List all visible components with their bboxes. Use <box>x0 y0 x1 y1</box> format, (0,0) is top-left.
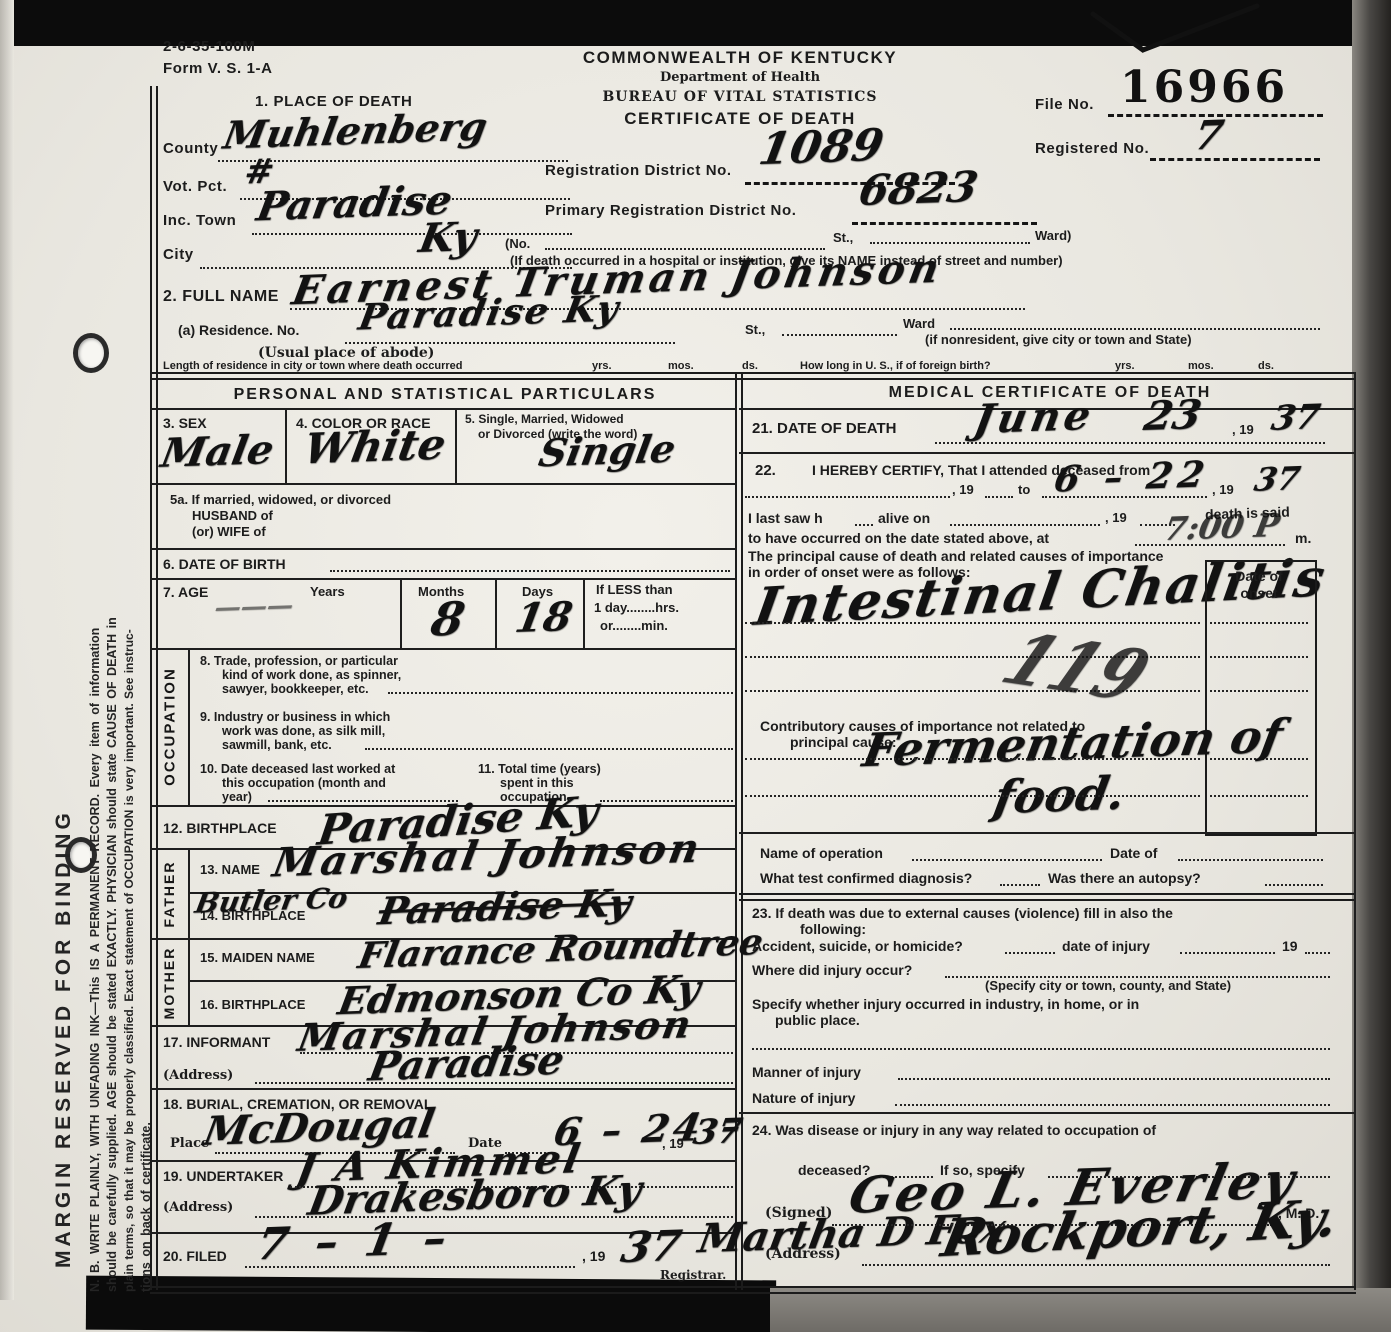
street-line-no: (No. <box>505 236 530 251</box>
undertaker-label: 19. UNDERTAKER <box>163 1168 283 1184</box>
residence-value: Paradise Ky <box>355 287 623 338</box>
cell-rule <box>455 408 457 483</box>
where-injury-label: Where did injury occur? <box>752 962 912 978</box>
dob-label: 6. DATE OF BIRTH <box>163 556 286 572</box>
dotted-line <box>950 524 1100 526</box>
dotted-line <box>895 1104 1330 1106</box>
age-years-label: Years <box>310 584 345 599</box>
rule <box>150 1088 737 1090</box>
rule <box>150 578 737 580</box>
street-line-st: St., <box>833 230 853 245</box>
margin-nb-note-1: N. B. WRITE PLAINLY, WITH UNFADING INK—T… <box>88 628 102 1292</box>
margin-nb-note-2: should be carefully supplied. AGE should… <box>105 617 119 1292</box>
rule <box>739 452 1354 454</box>
certify-number: 22. <box>755 462 776 479</box>
dotted-line <box>745 622 1200 624</box>
sex-value: Male <box>157 426 277 477</box>
dotted-line <box>745 758 1200 760</box>
abode-note: (Usual place of abode) <box>258 345 434 361</box>
father-side-label: FATHER <box>161 844 177 944</box>
age-days-value: 18 <box>512 593 576 642</box>
father-birthplace-above: Butler Co <box>193 881 351 919</box>
dotted-line <box>1210 795 1308 797</box>
certify-to-value: 6 – 22 <box>1051 453 1214 500</box>
related-occupation-text: 24. Was disease or injury in any way rel… <box>752 1122 1156 1138</box>
length-yrs: yrs. <box>592 360 612 372</box>
informant-label: 17. INFORMANT <box>163 1034 270 1050</box>
birthplace-label: 12. BIRTHPLACE <box>163 820 277 836</box>
occupation-10-line3: year) <box>222 790 252 804</box>
length-residence-label: Length of residence in city or town wher… <box>163 360 463 372</box>
burial-year-value: 37 <box>690 1111 745 1153</box>
vot-pct-label: Vot. Pct. <box>163 178 227 195</box>
registered-no-label: Registered No. <box>1035 140 1149 157</box>
occurred-m: m. <box>1295 530 1311 546</box>
margin-nb-note-3: plain terms, so that it may be properly … <box>122 629 136 1292</box>
column-divider-rule <box>735 372 743 1290</box>
rule <box>739 1112 1354 1114</box>
mother-box-rule <box>188 938 190 1025</box>
nonresident-note: (if nonresident, give city or town and S… <box>925 332 1192 347</box>
dotted-line <box>330 570 730 572</box>
cell-rule <box>583 578 585 648</box>
dotted-line <box>388 692 733 694</box>
age-label: 7. AGE <box>163 584 208 600</box>
filed-date-value: 7 – 1 – <box>253 1213 457 1271</box>
where-injury-note: (Specify city or town, county, and State… <box>985 978 1231 993</box>
occupation-10-line1: 10. Date deceased last worked at <box>200 762 395 776</box>
marital-label: 5. Single, Married, Widowed <box>465 412 624 426</box>
dotted-line <box>855 524 873 526</box>
signed-label: (Signed) <box>765 1205 832 1221</box>
dotted-line <box>912 859 1102 861</box>
margin-binding-note: MARGIN RESERVED FOR BINDING <box>52 809 76 1268</box>
header-bureau: BUREAU OF VITAL STATISTICS <box>540 89 940 105</box>
autopsy-label: Was there an autopsy? <box>1048 870 1201 886</box>
dotted-line <box>1180 952 1275 954</box>
mother-birthplace-label: 16. BIRTHPLACE <box>200 997 305 1012</box>
occupation-11-line1: 11. Total time (years) <box>478 762 601 776</box>
filed-year-prefix: , 19 <box>582 1248 605 1264</box>
married-note-3: (or) WIFE of <box>192 524 266 539</box>
dotted-line <box>862 1264 1330 1266</box>
registered-no-line <box>1150 158 1320 161</box>
injury-19: 19 <box>1282 938 1298 954</box>
primary-district-label: Primary Registration District No. <box>545 202 797 219</box>
length-mos: mos. <box>668 360 694 372</box>
rule <box>739 893 1354 901</box>
scan-artifact-right-band <box>1352 0 1391 1332</box>
residence-st-label: St., <box>745 322 765 337</box>
cell-rule <box>400 578 402 648</box>
marital-value: Single <box>536 426 680 476</box>
occurred-value: 7:00 P <box>1161 506 1282 548</box>
county-label: County <box>163 140 218 157</box>
file-no-label: File No. <box>1035 96 1094 113</box>
occupation-8-line3: sawyer, bookkeeper, etc. <box>222 682 369 696</box>
checkmark-icon <box>1085 2 1265 58</box>
occurred-text: to have occurred on the date stated abov… <box>748 530 1049 546</box>
registered-no-value: 7 <box>1191 112 1227 160</box>
specify-injury-1: Specify whether injury occurred in indus… <box>752 996 1139 1012</box>
father-name-label: 13. NAME <box>200 862 260 877</box>
age-years-value: ——— <box>212 591 296 624</box>
occupation-11-line2: spent in this <box>500 776 574 790</box>
age-months-value: 8 <box>427 591 469 646</box>
certify-19b: , 19 <box>1212 482 1234 497</box>
dotted-line <box>1210 622 1308 624</box>
dotted-line <box>935 442 1325 444</box>
rule <box>739 832 1354 834</box>
county-value: Muhlenberg <box>220 103 491 157</box>
married-note-2: HUSBAND of <box>192 508 273 523</box>
dotted-line <box>782 334 897 336</box>
married-note-1: 5a. If married, widowed, or divorced <box>170 492 391 507</box>
dotted-line <box>1135 544 1285 546</box>
rule <box>150 548 737 550</box>
manner-label: Manner of injury <box>752 1064 861 1080</box>
accident-label: Accident, suicide, or homicide? <box>752 938 963 954</box>
date-of-death-month: June <box>970 392 1098 443</box>
file-no-value: 16966 <box>1120 62 1288 113</box>
specify-injury-2: public place. <box>775 1012 860 1028</box>
father-birthplace-value: Paradise Ky <box>375 880 635 934</box>
dotted-line <box>745 795 1200 797</box>
dotted-line <box>1000 884 1040 886</box>
punch-hole <box>78 338 104 368</box>
dotted-line <box>1178 859 1323 861</box>
occupation-8-line1: 8. Trade, profession, or particular <box>200 654 398 668</box>
test-label: What test confirmed diagnosis? <box>760 870 972 886</box>
dotted-line <box>870 242 1030 244</box>
dotted-line <box>600 800 733 802</box>
occupation-side-label: OCCUPATION <box>162 662 179 792</box>
dotted-line <box>1265 884 1323 886</box>
scan-artifact-bottom-black <box>86 1276 776 1332</box>
left-form-rule <box>150 86 158 1290</box>
form-number: Form V. S. 1-A <box>163 60 273 77</box>
foreign-ds: ds. <box>1258 360 1274 372</box>
certify-19a: , 19 <box>952 482 974 497</box>
inc-town-label: Inc. Town <box>163 212 236 229</box>
foreign-mos: mos. <box>1188 360 1214 372</box>
occupation-9-line1: 9. Industry or business in which <box>200 710 390 724</box>
dotted-line <box>1210 656 1308 658</box>
occupation-9-line3: sawmill, bank, etc. <box>222 738 332 752</box>
last-saw-19: , 19 <box>1105 510 1127 525</box>
date-of-death-day: 23 <box>1141 391 1205 440</box>
age-less-1: If LESS than <box>596 582 673 597</box>
dotted-line <box>1005 952 1055 954</box>
header-department: Department of Health <box>540 70 940 85</box>
death-certificate-scan: MARGIN RESERVED FOR BINDING N. B. WRITE … <box>0 0 1391 1332</box>
dotted-line <box>752 1048 1330 1050</box>
date-of-death-year-prefix: , 19 <box>1232 422 1254 437</box>
operation-label: Name of operation <box>760 845 883 861</box>
filed-year-value: 37 <box>617 1221 685 1272</box>
foreign-label: How long in U. S., if of foreign birth? <box>800 360 991 372</box>
dotted-line <box>345 342 675 344</box>
operation-date-label: Date of <box>1110 845 1157 861</box>
dotted-line <box>1210 690 1308 692</box>
filed-label: 20. FILED <box>163 1248 227 1264</box>
external-causes-2: following: <box>800 921 866 937</box>
informant-address-label: (Address) <box>163 1068 233 1083</box>
columns-bottom-rule <box>150 1286 1356 1294</box>
rule <box>150 408 737 410</box>
residence-label: (a) Residence. No. <box>178 322 299 338</box>
cell-rule <box>285 408 287 483</box>
rule <box>150 648 737 650</box>
last-saw-text: I last saw h <box>748 510 823 526</box>
header-commonwealth: COMMONWEALTH OF KENTUCKY <box>540 48 940 68</box>
length-ds: ds. <box>742 360 758 372</box>
columns-top-rule <box>150 372 1356 380</box>
dotted-line <box>985 496 1013 498</box>
street-line-ward: Ward) <box>1035 228 1071 243</box>
rule <box>150 483 737 485</box>
occupation-9-line2: work was done, as silk mill, <box>222 724 385 738</box>
city-label: City <box>163 246 194 263</box>
form-code: 2-6-35-100M <box>163 38 255 55</box>
age-less-3: or........min. <box>600 618 668 633</box>
cell-rule <box>495 578 497 648</box>
burial-year-prefix: , 19 <box>662 1136 684 1151</box>
undertaker-address-label: (Address) <box>163 1200 233 1215</box>
cause-scribble-mark: 119 <box>989 619 1162 718</box>
residence-ward-label: Ward <box>903 316 935 331</box>
occupation-10-line2: this occupation (month and <box>222 776 386 790</box>
primary-district-value: 6823 <box>855 162 981 215</box>
dotted-line <box>950 328 1320 330</box>
nature-label: Nature of injury <box>752 1090 855 1106</box>
personal-title: PERSONAL AND STATISTICAL PARTICULARS <box>160 386 730 404</box>
dotted-line <box>252 233 572 235</box>
filed-registrar-label: Registrar. <box>660 1268 726 1282</box>
right-form-rule <box>1354 372 1356 1290</box>
physician-address-label: (Address) <box>765 1246 841 1262</box>
occupation-8-line2: kind of work done, as spinner, <box>222 668 401 682</box>
date-of-death-year: 37 <box>1268 397 1323 439</box>
mother-maiden-label: 15. MAIDEN NAME <box>200 950 315 965</box>
dotted-line <box>365 748 733 750</box>
city-value: Ky <box>416 213 481 262</box>
date-of-onset-label-2: onset <box>1207 585 1311 601</box>
registration-district-label: Registration District No. <box>545 162 732 179</box>
certify-to: to <box>1018 482 1030 497</box>
primary-district-line <box>852 222 1037 225</box>
last-saw-alive: alive on <box>878 510 930 526</box>
dotted-line <box>245 1266 575 1268</box>
dotted-line <box>255 1082 733 1084</box>
dotted-line <box>745 496 950 498</box>
date-of-death-label: 21. DATE OF DEATH <box>752 420 896 437</box>
external-causes-1: 23. If death was due to external causes … <box>752 905 1173 921</box>
dotted-line <box>898 1078 1330 1080</box>
dotted-line <box>1042 496 1207 498</box>
scan-artifact-bottom-gray <box>770 1288 1391 1332</box>
age-less-2: 1 day........hrs. <box>594 600 679 615</box>
scan-artifact-left-edge <box>0 0 14 1300</box>
occupation-box-rule <box>188 648 190 805</box>
mother-side-label: MOTHER <box>161 933 177 1033</box>
full-name-label: 2. FULL NAME <box>163 288 279 306</box>
color-race-value: White <box>300 420 449 474</box>
injury-date-label: date of injury <box>1062 938 1150 954</box>
certify-year-value: 37 <box>1251 459 1303 499</box>
date-of-onset-label-1: Date of <box>1207 568 1311 584</box>
dotted-line <box>1305 952 1330 954</box>
foreign-yrs: yrs. <box>1115 360 1135 372</box>
